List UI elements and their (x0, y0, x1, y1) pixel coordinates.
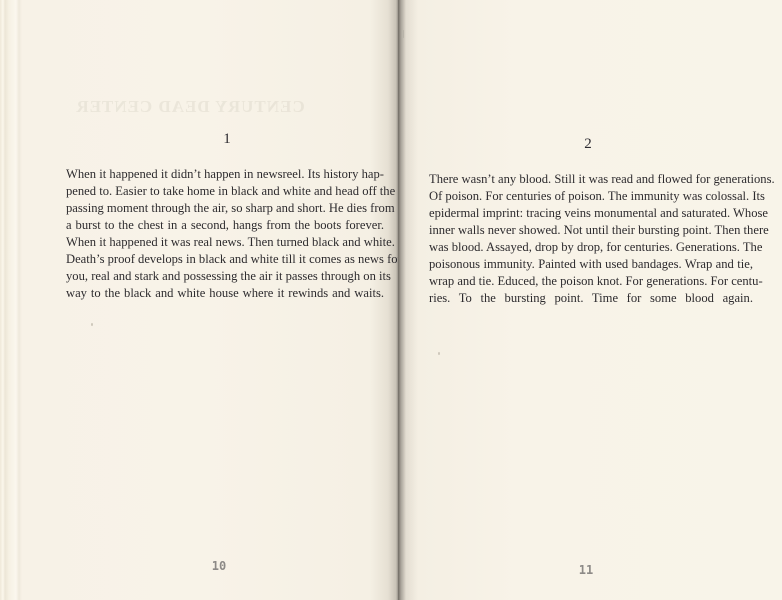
page-edge-stack (0, 0, 22, 600)
text-line: Of poison. For centuries of poison. The … (429, 188, 753, 205)
book-spread: CENTURY DEAD CENTER 1 When it happened i… (0, 0, 782, 600)
page-number-right: 11 (566, 563, 606, 577)
paper-speck (438, 352, 440, 355)
text-line: was blood. Assayed, drop by drop, for ce… (429, 239, 753, 256)
text-line: ries. To the bursting point. Time for so… (429, 290, 753, 307)
text-line: When it happened it was real news. Then … (66, 234, 384, 251)
left-page-paragraph: When it happened it didn’t happen in new… (66, 166, 384, 302)
text-line: wrap and tie. Educed, the poison knot. F… (429, 273, 753, 290)
page-number-left: 10 (199, 559, 239, 573)
right-page-paragraph: There wasn’t any blood. Still it was rea… (429, 171, 753, 307)
paper-speck (91, 323, 93, 326)
show-through-text: CENTURY DEAD CENTER (40, 97, 340, 117)
text-line: When it happened it didn’t happen in new… (66, 166, 384, 183)
text-line: pened to. Easier to take home in black a… (66, 183, 384, 200)
text-line: way to the black and white house where i… (66, 285, 384, 302)
text-line: inner walls never showed. Not until thei… (429, 222, 753, 239)
chapter-number-right: 2 (573, 136, 603, 153)
text-line: you, real and stark and possessing the a… (66, 268, 384, 285)
paper-speck (403, 30, 404, 38)
text-line: passing moment through the air, so sharp… (66, 200, 384, 217)
text-line: poisonous immunity. Painted with used ba… (429, 256, 753, 273)
text-line: Death’s proof develops in black and whit… (66, 251, 384, 268)
text-line: a burst to the chest in a second, hangs … (66, 217, 384, 234)
chapter-number-left: 1 (212, 131, 242, 148)
text-line: epidermal imprint: tracing veins monumen… (429, 205, 753, 222)
text-line: There wasn’t any blood. Still it was rea… (429, 171, 753, 188)
